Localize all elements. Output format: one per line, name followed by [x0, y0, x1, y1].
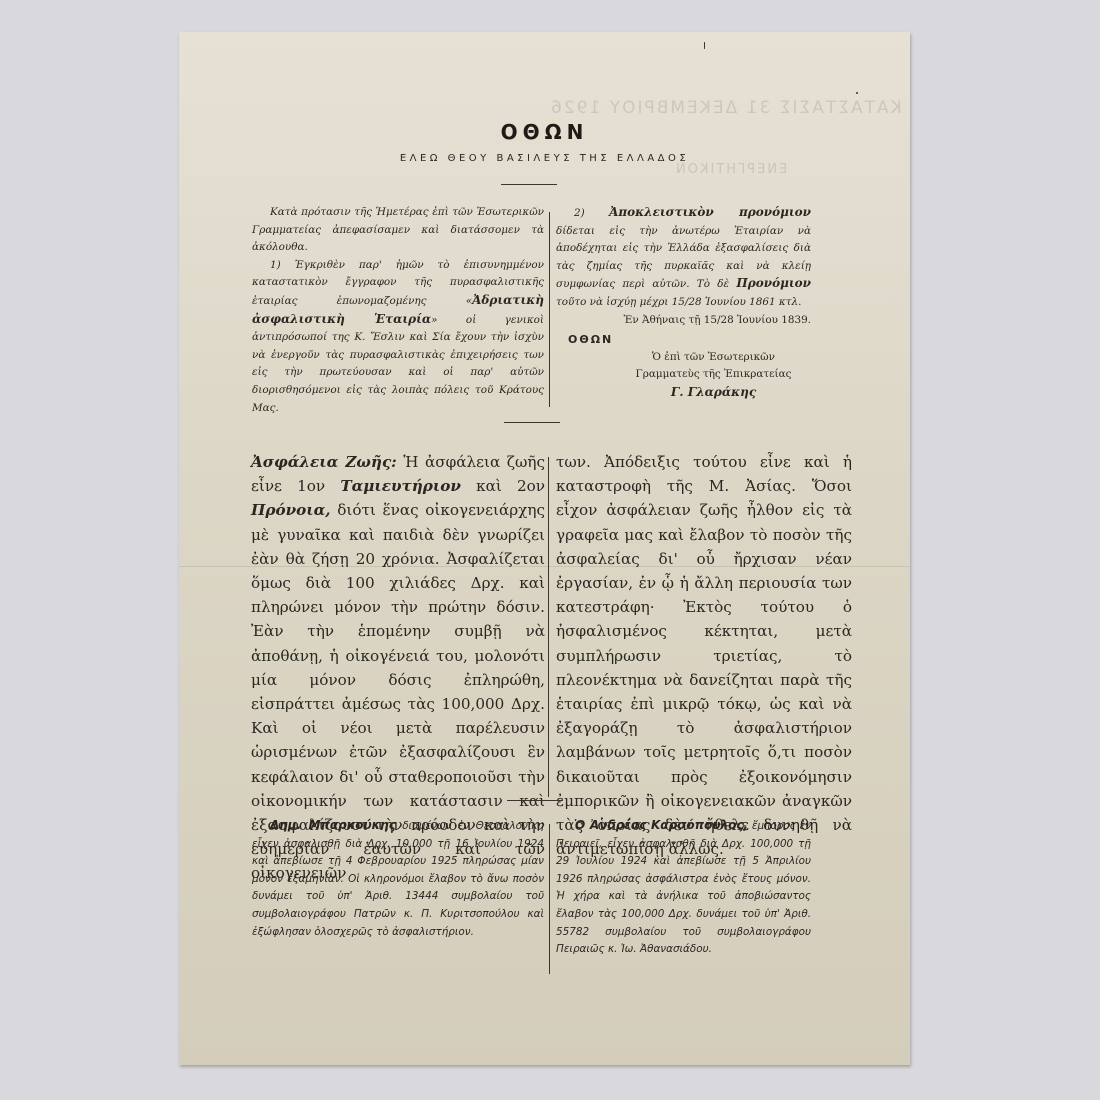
decree-item-2: 2) Ἀποκλειστικὸν προνόμιον δίδεται εἰς τ… [556, 204, 811, 312]
page-title: ΟΘΩΝ [179, 120, 910, 144]
case-left: Δημ. Μπαρκούκης διαμένων ἐν Θεσσαλονίκῃ … [252, 817, 544, 941]
official-title-2: Γραμματεὺς τῆς Ἐπικρατείας [616, 366, 811, 384]
place-date: Ἐν Ἀθήναις τῇ 15/28 Ἰουνίου 1839. [556, 312, 811, 330]
official-name: Γ. Γλαράκης [616, 384, 811, 402]
column-divider [549, 824, 550, 974]
life-insurance-right: των. Ἀπόδειξις τούτου εἶνε καὶ ἡ καταστρ… [556, 450, 852, 861]
page-subtitle: ΕΛΕΩ ΘΕΟΥ ΒΑΣΙΛΕΥΣ ΤΗΣ ΕΛΛΑΔΟΣ [179, 153, 910, 164]
bleed-through-label: ΕΝΕΡΓΗΤΙΚΟΝ [674, 162, 787, 177]
section-heading: Ἀσφάλεια Ζωῆς: [251, 453, 397, 471]
title-divider [501, 184, 557, 185]
decree-item-1: 1) Ἐγκριθὲν παρ' ἡμῶν τὸ ἐπισυνημμένον κ… [252, 257, 544, 417]
section-divider [504, 422, 560, 423]
column-divider [549, 212, 550, 407]
decree-left-column: Κατὰ πρότασιν τῆς Ἡμετέρας ἐπὶ τῶν Ἐσωτε… [252, 204, 544, 417]
case-name: Ὁ Ἀνδρέας Καρσόπουλος, [574, 818, 748, 832]
ink-speck [856, 92, 858, 94]
bleed-through-heading: ΚΑΤΑΣΤΑΣΙΣ 31 ΔΕΚΕΜΒΡΙΟΥ 1926 [549, 98, 902, 118]
decree-intro: Κατὰ πρότασιν τῆς Ἡμετέρας ἐπὶ τῶν Ἐσωτε… [252, 204, 544, 257]
decree-right-column: 2) Ἀποκλειστικὸν προνόμιον δίδεται εἰς τ… [556, 204, 811, 402]
case-right: Ὁ Ἀνδρέας Καρσόπουλος, ἔμπορος ἐν Πειραι… [556, 817, 811, 959]
ink-speck [704, 42, 705, 49]
section-divider [507, 800, 563, 801]
column-divider [548, 457, 549, 797]
royal-signature: ΟΘΩΝ [568, 331, 811, 349]
official-title-1: Ὁ ἐπὶ τῶν Ἐσωτερικῶν [616, 349, 811, 367]
document-page: ΚΑΤΑΣΤΑΣΙΣ 31 ΔΕΚΕΜΒΡΙΟΥ 1926 ΕΝΕΡΓΗΤΙΚΟ… [179, 32, 910, 1065]
case-name: Δημ. Μπαρκούκης [270, 818, 396, 832]
